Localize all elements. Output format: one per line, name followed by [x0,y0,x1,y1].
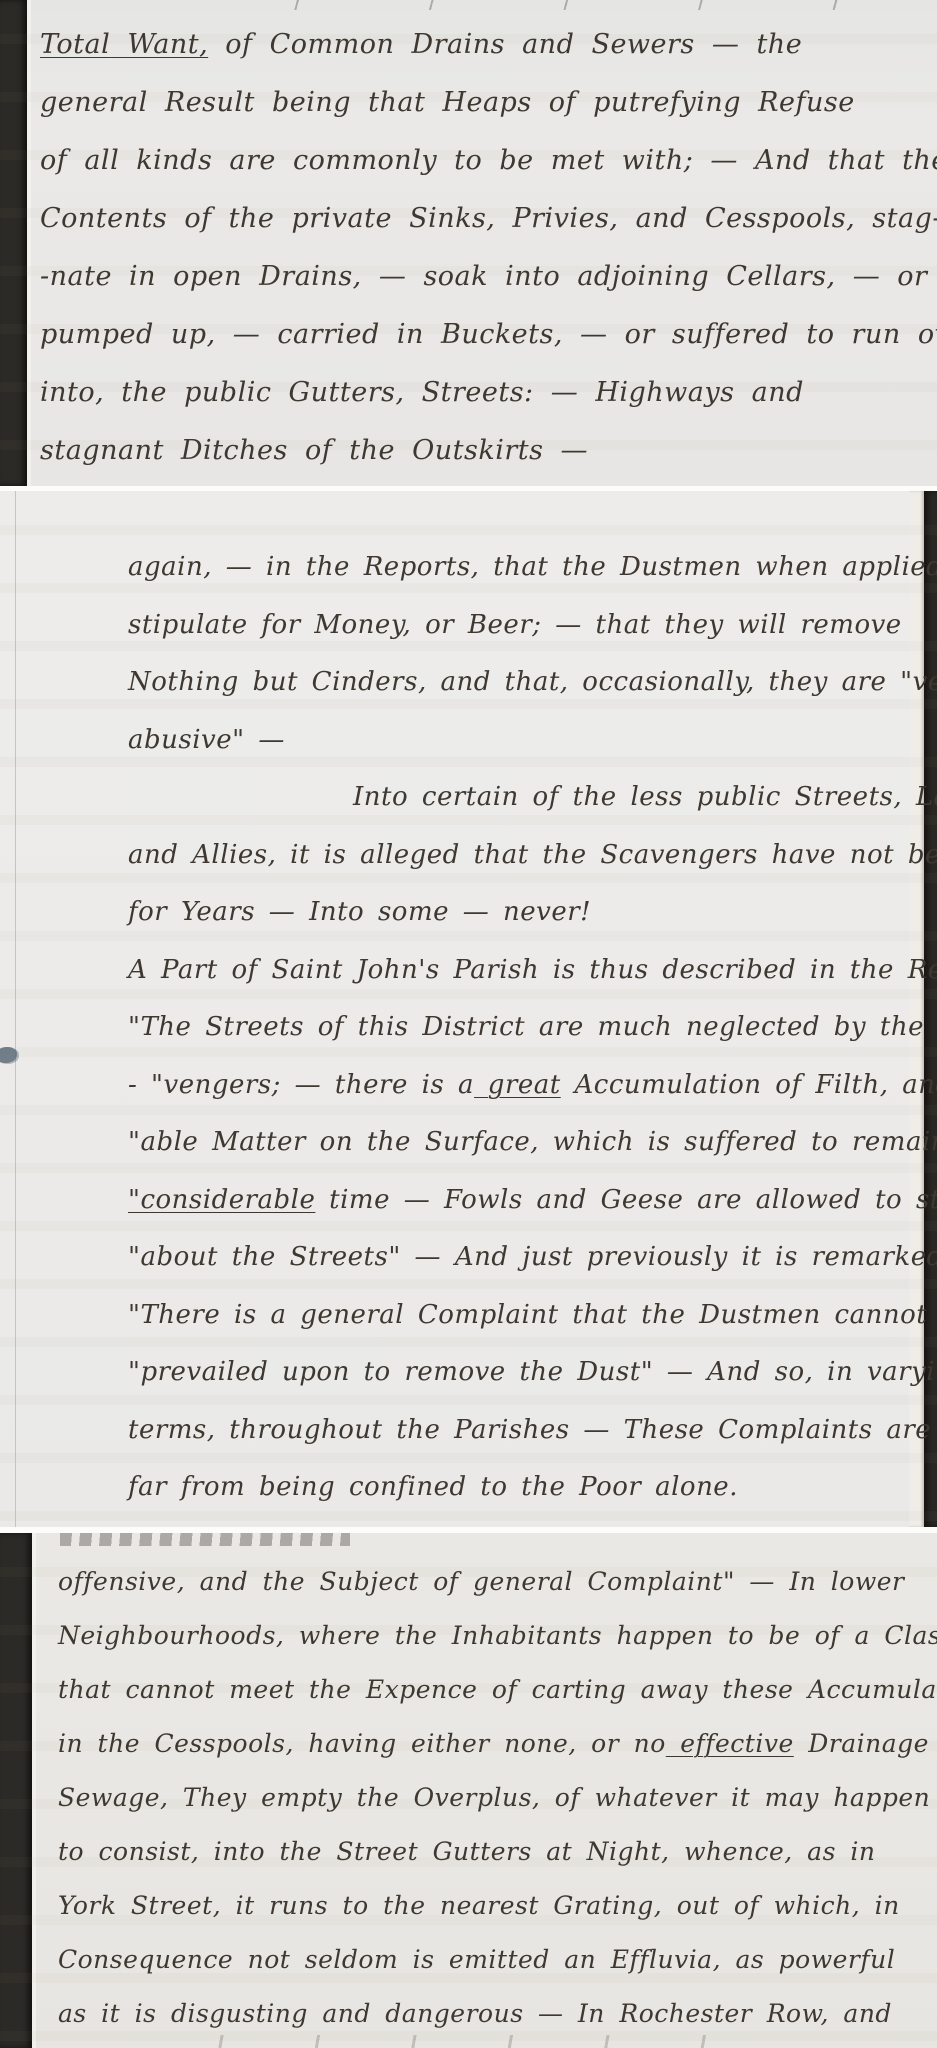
manuscript-word: with; [605,145,694,176]
manuscript-word: And [738,145,811,176]
manuscript-line: Nothing but Cinders, and that, occasiona… [128,654,897,712]
manuscript-word: as [793,1837,836,1866]
manuscript-word: "considerable [128,1185,315,1215]
manuscript-word: the [218,1242,276,1272]
manuscript-word: that [811,145,885,176]
manuscript-text-block: again, — in the Reports, that the Dustme… [128,539,897,1517]
manuscript-word: is [634,1127,670,1157]
manuscript-word: — [543,435,588,466]
manuscript-word: Reports, [350,552,480,582]
manuscript-word: — [695,29,740,60]
manuscript-word: "able [128,1127,198,1157]
manuscript-word: soak [406,261,488,292]
manuscript-word: — [390,1185,430,1215]
manuscript-word: Privies, [495,203,618,234]
manuscript-word: alone. [641,1472,738,1502]
manuscript-word: pumped [40,319,154,350]
manuscript-word: the [353,1127,411,1157]
manuscript-word: alleged [346,840,459,870]
page-fragment-1: Total Want, of Common Drains and Sewers … [0,0,937,486]
manuscript-word: that, [491,667,569,697]
manuscript-word: away [626,1675,708,1704]
manuscript-word: general [40,87,148,118]
manuscript-word: private [274,203,392,234]
manuscript-word: be [754,1621,800,1650]
manuscript-line: pumped up, — carried in Buckets, — or su… [40,306,882,364]
manuscript-word: Cinders, [298,667,427,697]
manuscript-word: Heaps [425,87,531,118]
manuscript-word: — [534,377,579,408]
binding-edge-left [0,0,27,486]
manuscript-word: cannot [821,1300,927,1330]
manuscript-word: thus [576,955,649,985]
manuscript-word: Neighbourhoods, [58,1621,284,1650]
manuscript-word: and [128,840,178,870]
manuscript-word: In [563,1999,604,2028]
manuscript-word: Outskirts [395,435,543,466]
manuscript-line: "considerable time — Fowls and Geese are… [128,1172,897,1230]
manuscript-word: meet [215,1675,295,1704]
manuscript-word: that [351,87,425,118]
manuscript-word: Cesspools, [688,203,855,234]
manuscript-line: in the Cesspools, having either none, or… [58,1717,902,1771]
manuscript-word: Subject [305,1567,419,1596]
manuscript-word: the [866,1012,924,1042]
manuscript-word: Streets" [276,1242,401,1272]
manuscript-word: being [245,1472,335,1502]
manuscript-word: the [508,1472,566,1502]
manuscript-word: general [459,1567,574,1596]
manuscript-word: offensive, [58,1567,185,1596]
manuscript-word: Drainage [794,1729,929,1758]
manuscript-word: terms, [128,1415,216,1445]
paper-edge-highlight [27,0,31,486]
manuscript-word: be [927,1300,937,1330]
manuscript-word: no [619,1729,666,1758]
manuscript-word: it [728,1242,762,1272]
manuscript-word: Complaints [704,1415,872,1445]
manuscript-word: to [467,1472,508,1502]
manuscript-word: it [87,1999,121,2028]
manuscript-word: Into [295,897,364,927]
manuscript-word: so, [761,1357,814,1387]
manuscript-line: and Allies, it is alleged that the Scave… [128,827,897,885]
manuscript-word: Street, [116,1891,221,1920]
manuscript-word: — [653,1357,693,1387]
manuscript-word: Common [253,29,395,60]
manuscript-line: general Result being that Heaps of putre… [40,74,882,132]
manuscript-line: terms, throughout the Parishes — These C… [128,1402,897,1460]
manuscript-word: of [167,203,211,234]
manuscript-word: District [409,1012,525,1042]
manuscript-word: in [58,1729,83,1758]
manuscript-word: certain [408,782,519,812]
manuscript-word: Streets [191,1012,304,1042]
manuscript-word: all [67,145,119,176]
manuscript-line: "about the Streets" — And just previousl… [128,1229,897,1287]
manuscript-line: "prevailed upon to remove the Dust" — An… [128,1344,897,1402]
manuscript-word: Allies, [178,840,276,870]
manuscript-word: just [509,1242,573,1272]
manuscript-word: that [58,1675,111,1704]
manuscript-word: great [474,1070,561,1100]
manuscript-word: the [559,782,617,812]
manuscript-word: been [894,840,937,870]
manuscript-word: Ditches [164,435,288,466]
manuscript-word: of [304,1012,344,1042]
manuscript-word: whatever [580,1783,717,1812]
manuscript-scan: { "document": { "kind": "Handwritten man… [0,0,937,2048]
manuscript-word: stroll [902,1185,937,1215]
manuscript-word: Highways [578,377,734,408]
manuscript-word: upon [268,1357,350,1387]
manuscript-word: may [750,1783,819,1812]
manuscript-word: Nothing [128,667,239,697]
manuscript-word: Street [322,1837,418,1866]
manuscript-word: which, [759,1891,860,1920]
manuscript-word: of [218,955,258,985]
manuscript-word: dangerous [371,1999,524,2028]
manuscript-word: Sewers [574,29,694,60]
manuscript-word: Class. [870,1621,937,1650]
manuscript-word: or [411,610,454,640]
manuscript-word: Dustmen [606,552,741,582]
manuscript-word: much [584,1012,672,1042]
manuscript-word: the [885,145,937,176]
manuscript-word: far [128,1472,167,1502]
manuscript-word: suffered [655,319,789,350]
manuscript-word: Geese [587,1185,684,1215]
manuscript-word: of [719,1891,759,1920]
manuscript-line: offensive, and the Subject of general Co… [58,1555,902,1609]
manuscript-word: in [112,261,156,292]
manuscript-word: to [328,1891,369,1920]
manuscript-word: varying [853,1357,937,1387]
manuscript-line: Sewage, They empty the Overplus, of what… [58,1771,902,1825]
manuscript-word: are [873,1415,932,1445]
manuscript-word: "The [128,1012,191,1042]
manuscript-word: in [813,1357,853,1387]
manuscript-word: — [255,897,295,927]
manuscript-word: consist, [84,1837,199,1866]
manuscript-word: — [524,1999,564,2028]
manuscript-word: that [582,610,651,640]
manuscript-word: — [735,1567,775,1596]
manuscript-word: emitted [434,1945,549,1974]
manuscript-word: Refuse [741,87,855,118]
manuscript-word: or [929,1729,937,1758]
manuscript-word: carting [517,1675,626,1704]
manuscript-word: remove [391,1357,506,1387]
manuscript-word: Into [353,782,408,812]
manuscript-word: again, [128,552,212,582]
manuscript-word: will [724,610,787,640]
manuscript-word: public [167,377,271,408]
cutoff-line-fragment [240,0,897,10]
manuscript-word: the [548,552,606,582]
manuscript-word: A [128,955,147,985]
manuscript-word: are [525,1012,584,1042]
manuscript-word: when [742,552,829,582]
manuscript-word: Night, [572,1837,669,1866]
manuscript-word: time [315,1185,390,1215]
manuscript-word: as [721,1945,764,1974]
manuscript-word: where [284,1621,380,1650]
manuscript-word: Cesspools, [140,1729,294,1758]
manuscript-word: stagnant [40,435,164,466]
manuscript-word: Gutters [418,1837,532,1866]
manuscript-word: Scavengers [587,840,758,870]
manuscript-word: it [276,840,310,870]
manuscript-word: to [58,1837,84,1866]
manuscript-word: which [539,1127,634,1157]
manuscript-word: is [310,840,346,870]
manuscript-word: in [380,319,424,350]
manuscript-line: as it is disgusting and dangerous — In R… [58,1987,902,2041]
manuscript-word: seldom [290,1945,398,1974]
manuscript-word: And [441,1242,508,1272]
manuscript-word: "vengers; [137,1070,281,1100]
manuscript-word: or [880,261,927,292]
manuscript-word: being [255,87,351,118]
manuscript-word: over [901,319,937,350]
manuscript-word: these [708,1675,794,1704]
manuscript-word: Drains, [242,261,362,292]
manuscript-word: are [828,667,887,697]
manuscript-word: Fowls [430,1185,522,1215]
manuscript-word: that [559,1300,628,1330]
manuscript-word: Poor [565,1472,641,1502]
manuscript-word: and [308,1999,371,2028]
manuscript-word: lower [816,1567,904,1596]
manuscript-word: in [252,552,292,582]
manuscript-word: carried [260,319,380,350]
manuscript-word: either [397,1729,490,1758]
manuscript-word: suffered [670,1127,797,1157]
manuscript-word: are [212,145,276,176]
manuscript-line: "The Streets of this District are much n… [128,999,897,1057]
manuscript-word: the [292,552,350,582]
manuscript-word: an [550,1945,596,1974]
manuscript-line: Neighbourhoods, where the Inhabitants ha… [58,1609,902,1663]
manuscript-word: occasionally, [569,667,755,697]
manuscript-word: is [408,1070,444,1100]
manuscript-word: Report [894,955,937,985]
manuscript-word: the [529,840,587,870]
manuscript-word: powerful [764,1945,895,1974]
manuscript-word: Cellars, [709,261,835,292]
manuscript-word: Overplus, [399,1783,540,1812]
manuscript-word: of [762,1070,802,1100]
manuscript-word: having [294,1729,397,1758]
manuscript-word: general [286,1300,404,1330]
manuscript-word: the [380,1621,437,1650]
manuscript-line: "There is a general Complaint that the D… [128,1287,897,1345]
manuscript-word: and [735,377,804,408]
manuscript-word: Sinks, [392,203,495,234]
manuscript-word: confined [335,1472,466,1502]
manuscript-word: run [834,319,900,350]
manuscript-word: "There [128,1300,220,1330]
manuscript-word: into [488,261,560,292]
manuscript-word: Effluvia, [596,1945,721,1974]
page-margin-line [15,491,16,1527]
manuscript-word: Drains [394,29,505,60]
manuscript-word: "very [886,667,937,697]
manuscript-word: Accumulation [561,1070,762,1100]
manuscript-word: and [619,203,688,234]
manuscript-word: adjoining [560,261,709,292]
manuscript-word: — [563,319,608,350]
manuscript-word: allowed [742,1185,861,1215]
manuscript-word: that [460,840,529,870]
manuscript-word: the [383,1415,441,1445]
manuscript-word: as [58,1999,87,2028]
manuscript-word: remove [787,610,902,640]
manuscript-word: of [419,1567,459,1596]
page-fragment-2: again, — in the Reports, that the Dustme… [0,491,937,1527]
manuscript-line: of all kinds are commonly to be met with… [40,132,882,190]
manuscript-line: Total Want, of Common Drains and Sewers … [40,16,882,74]
manuscript-word: to [713,1621,754,1650]
manuscript-word: of [288,435,332,466]
manuscript-word: Matter [198,1127,306,1157]
manuscript-word: effective [666,1729,794,1758]
manuscript-word: never! [489,897,591,927]
manuscript-word: a [257,1300,287,1330]
manuscript-word: — [362,261,407,292]
manuscript-word: to [797,1127,838,1157]
manuscript-word: and [829,1999,892,2028]
binding-edge-left [0,1533,32,2048]
manuscript-word: the [248,1567,305,1596]
manuscript-word: These [610,1415,704,1445]
manuscript-word: runs [255,1891,328,1920]
manuscript-word: but [239,667,298,697]
manuscript-word: that [479,552,548,582]
manuscript-word: of [477,1675,517,1704]
manuscript-word: into [199,1837,265,1866]
manuscript-word: Streets: [405,377,534,408]
manuscript-word: — [693,145,738,176]
manuscript-word: - [128,1070,137,1100]
manuscript-line: for Years — Into some — never! [128,884,897,942]
manuscript-word: of [519,782,559,812]
manuscript-word: on [306,1127,353,1157]
manuscript-word: stipulate [128,610,248,640]
manuscript-line: that cannot meet the Expence of carting … [58,1663,902,1717]
manuscript-word: none, [490,1729,577,1758]
manuscript-word: Saint [258,955,343,985]
manuscript-word: neglected [672,1012,820,1042]
manuscript-word: Beer; [454,610,541,640]
manuscript-word: Result [148,87,255,118]
manuscript-word: this [344,1012,409,1042]
manuscript-word: Part [147,955,217,985]
manuscript-word: is [120,1999,156,2028]
manuscript-word: into, [40,377,104,408]
manuscript-line: "able Matter on the Surface, which is su… [128,1114,897,1172]
manuscript-word: of [800,1621,840,1650]
manuscript-word: the [104,377,167,408]
manuscript-word: previously [573,1242,728,1272]
manuscript-word: open [156,261,242,292]
manuscript-word: Lanes [902,782,937,812]
manuscript-word: Complaint [404,1300,558,1330]
manuscript-word: remarked [798,1242,937,1272]
manuscript-line: Into certain of the less public Streets,… [353,769,897,827]
manuscript-word: disgusting [157,1999,308,2028]
manuscript-word: met [534,145,605,176]
manuscript-line: - "vengers; — there is a great Accumulat… [128,1057,897,1115]
manuscript-word: — [449,897,489,927]
manuscript-word: nearest [426,1891,539,1920]
manuscript-line: far from being confined to the Poor alon… [128,1459,897,1517]
manuscript-word: Accumulations [793,1675,937,1704]
manuscript-word: the [332,435,395,466]
manuscript-word: be [482,145,533,176]
manuscript-word: of [40,145,67,176]
manuscript-word: applied [829,552,937,582]
manuscript-word: Streets, [781,782,902,812]
manuscript-line: -nate in open Drains, — soak into adjoin… [40,248,882,306]
manuscript-word: remain [838,1127,937,1157]
manuscript-line: Contents of the private Sinks, Privies, … [40,190,882,248]
paper-edge-highlight [32,1533,36,2048]
manuscript-word: or [577,1729,619,1758]
manuscript-word: abusive" [128,725,245,755]
manuscript-word: Sewage, [58,1783,168,1812]
manuscript-word: the [265,1837,322,1866]
manuscript-word: and [505,29,574,60]
manuscript-word: -nate [40,261,112,292]
manuscript-line: stipulate for Money, or Beer; — that the… [128,597,897,655]
manuscript-word: some [364,897,449,927]
manuscript-word: — [836,261,881,292]
manuscript-word: out [662,1891,719,1920]
manuscript-word: up, [154,319,216,350]
manuscript-word: in [860,1891,900,1920]
manuscript-word: Parish [440,955,539,985]
manuscript-word: the [212,203,275,234]
manuscript-word: they [755,667,828,697]
manuscript-word: are [683,1185,742,1215]
manuscript-word: not [836,840,894,870]
manuscript-word: to [861,1185,902,1215]
manuscript-word: happen [602,1621,713,1650]
manuscript-word: there [321,1070,408,1100]
manuscript-word: Want, [110,29,208,60]
manuscript-word: it [221,1891,255,1920]
manuscript-word: Years [167,897,255,927]
manuscript-word: described [649,955,797,985]
page-fragment-3: offensive, and the Subject of general Co… [0,1533,937,2048]
manuscript-word: Dustmen [685,1300,820,1330]
manuscript-word: Surface, [411,1127,539,1157]
manuscript-word: the [295,1675,352,1704]
manuscript-word: and [185,1567,248,1596]
manuscript-text-block: Total Want, of Common Drains and Sewers … [40,16,882,480]
manuscript-word: Expence [351,1675,477,1704]
manuscript-word: Dust" [564,1357,654,1387]
manuscript-word: the [83,1729,140,1758]
manuscript-line: to consist, into the Street Gutters at N… [58,1825,902,1879]
manuscript-word: happen [819,1783,930,1812]
manuscript-word: is [220,1300,256,1330]
manuscript-word: In [775,1567,816,1596]
manuscript-word: for [128,897,167,927]
manuscript-word: kinds [119,145,212,176]
